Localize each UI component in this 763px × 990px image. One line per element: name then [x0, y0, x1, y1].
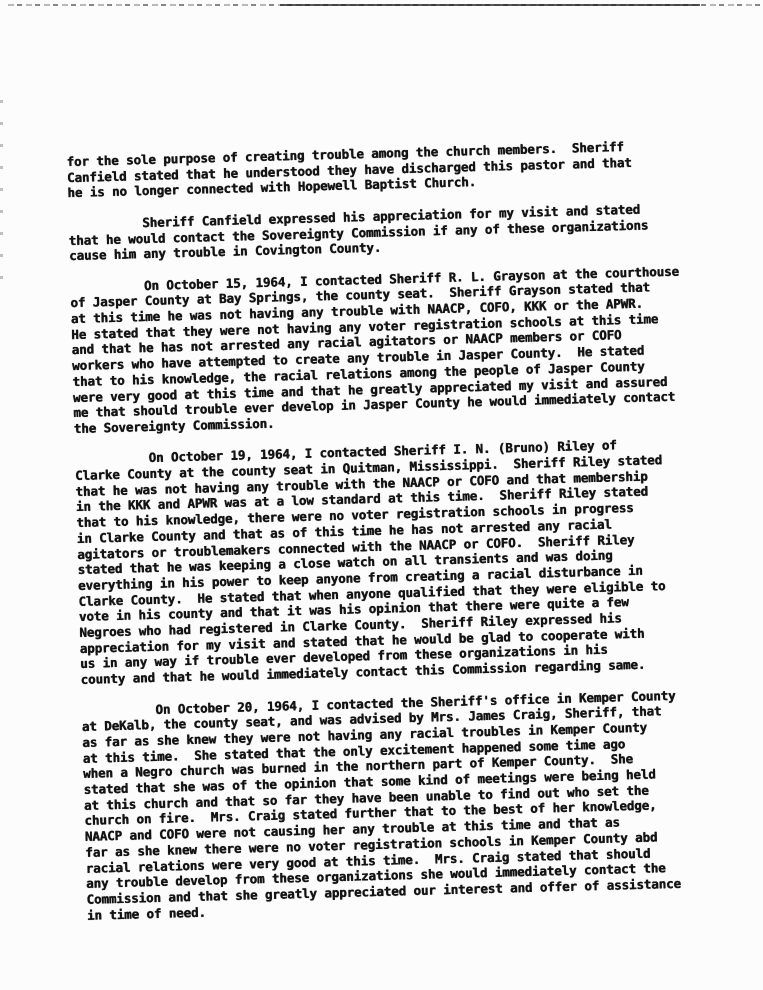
paragraph-craig-kemper: On October 20, 1964, I contacted the She… — [81, 686, 727, 923]
paragraph-grayson-jasper: On October 15, 1964, I contacted Sheriff… — [70, 262, 714, 436]
paragraph-canfield-appreciation: Sheriff Canfield expressed his appreciat… — [68, 200, 709, 264]
scan-margin-specks — [0, 100, 3, 280]
document-page: for the sole purpose of creating trouble… — [66, 137, 727, 939]
paragraph-canfield-pastor: for the sole purpose of creating trouble… — [66, 137, 707, 201]
scan-edge-shadow — [280, 4, 700, 6]
paragraph-riley-clarke: On October 19, 1964, I contacted Sheriff… — [74, 435, 720, 688]
